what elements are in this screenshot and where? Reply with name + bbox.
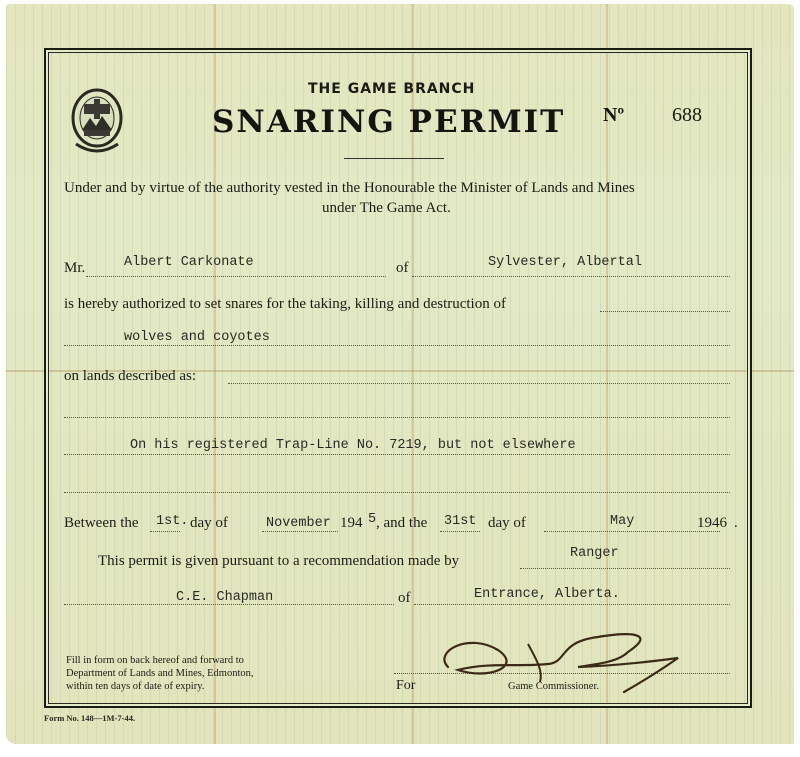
day-of-label-2: day of	[488, 515, 526, 532]
of-label: of	[396, 260, 409, 277]
lands-line	[228, 383, 730, 384]
recommender-location-line	[414, 604, 730, 605]
instruction-line: Fill in form on back hereof and forward …	[66, 654, 254, 667]
number-label: Nº	[603, 104, 624, 127]
recommender-location: Entrance, Alberta.	[474, 587, 620, 602]
authority-line-1: Under and by virtue of the authority ves…	[64, 180, 635, 197]
instruction-line: Department of Lands and Mines, Edmonton,	[66, 667, 254, 680]
lands-line	[64, 492, 730, 493]
end-month: May	[610, 514, 634, 529]
species-line	[64, 345, 730, 346]
lands-line	[64, 417, 730, 418]
fill-line	[600, 311, 730, 312]
end-month-line	[544, 531, 720, 532]
start-day: 1st.	[156, 514, 188, 529]
day-of-label: day of	[190, 515, 228, 532]
permit-number: 688	[672, 104, 702, 127]
recommender-title: Ranger	[570, 546, 619, 561]
location-line	[412, 276, 730, 277]
species-value: wolves and coyotes	[124, 330, 270, 345]
end-punct: .	[734, 515, 738, 532]
permittee-location: Sylvester, Albertal	[488, 255, 642, 270]
start-month-line	[262, 531, 338, 532]
form-number: Form No. 148—1M-7-44.	[44, 713, 135, 723]
and-the-label: , and the	[376, 515, 427, 532]
title-rule	[344, 158, 444, 159]
branch-heading: THE GAME BRANCH	[308, 81, 475, 97]
lands-label: on lands described as:	[64, 368, 196, 385]
footer-instructions: Fill in form on back hereof and forward …	[66, 654, 254, 693]
for-label: For	[396, 678, 415, 694]
signature-mark	[428, 622, 698, 694]
prefix-label: Mr.	[64, 260, 85, 277]
authority-line-2: under The Game Act.	[322, 200, 451, 217]
end-day-line	[440, 531, 480, 532]
permittee-name: Albert Carkonate	[124, 255, 254, 270]
recommendation-text: This permit is given pursuant to a recom…	[98, 553, 459, 570]
recommender-name: C.E. Chapman	[176, 590, 273, 605]
recommender-line	[520, 568, 730, 569]
start-day-line	[150, 531, 180, 532]
authorization-text: is hereby authorized to set snares for t…	[64, 296, 506, 313]
lands-description: On his registered Trap-Line No. 7219, bu…	[130, 438, 576, 453]
start-year-suffix: 5	[368, 512, 376, 527]
instruction-line: within ten days of date of expiry.	[66, 680, 254, 693]
end-day: 31st	[444, 514, 476, 529]
of-label-2: of	[398, 590, 411, 607]
lands-line	[64, 454, 730, 455]
permit-title: SNARING PERMIT	[212, 104, 565, 140]
start-year-prefix: 194	[340, 515, 363, 532]
end-year: 1946	[697, 515, 727, 532]
start-month: November	[266, 516, 331, 531]
between-label: Between the	[64, 515, 139, 532]
name-line	[86, 276, 386, 277]
alberta-crest-icon	[68, 88, 126, 158]
